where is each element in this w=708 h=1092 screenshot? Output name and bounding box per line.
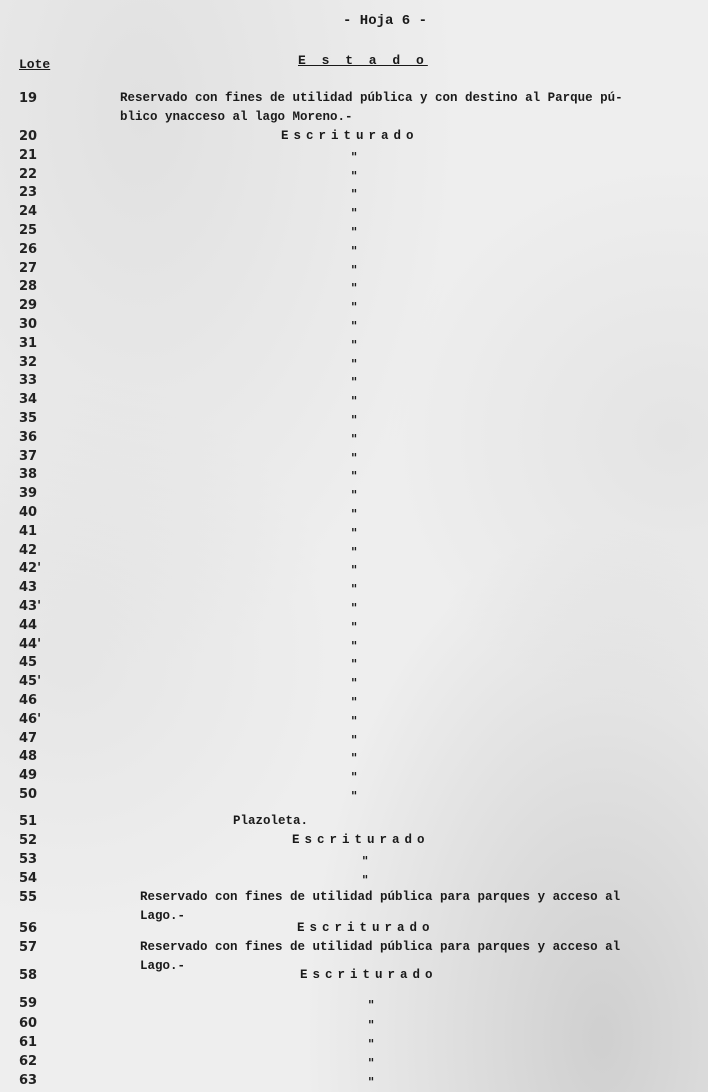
lote-number: 29	[19, 298, 37, 313]
ditto-mark: "	[351, 225, 357, 239]
ditto-mark: "	[351, 657, 357, 671]
lote-number: 37	[19, 449, 37, 464]
ditto-mark: "	[351, 526, 357, 540]
lote-number: 55	[19, 890, 37, 905]
lote-number: 40	[19, 505, 37, 520]
lote-number: 53	[19, 852, 37, 867]
ditto-mark: "	[351, 469, 357, 483]
lote-number: 33	[19, 373, 37, 388]
lote-number: 42	[19, 543, 37, 558]
lote-number: 32	[19, 355, 37, 370]
lote-number: 52	[19, 833, 37, 848]
estado-column-header: E s t a d o	[298, 53, 428, 68]
lote-number: 63	[19, 1073, 37, 1088]
lote-number: 43'	[19, 599, 41, 614]
ditto-mark: "	[351, 563, 357, 577]
lote-number: 26	[19, 242, 37, 257]
ditto-mark: "	[351, 357, 357, 371]
estado-text-continuation: Lago.-	[140, 959, 185, 973]
ditto-mark: "	[351, 244, 357, 258]
lote-number: 47	[19, 731, 37, 746]
lote-number: 36	[19, 430, 37, 445]
lote-number: 23	[19, 185, 37, 200]
lote-number: 38	[19, 467, 37, 482]
lote-number: 43	[19, 580, 37, 595]
lote-column-header: Lote	[19, 57, 50, 72]
ditto-mark: "	[351, 338, 357, 352]
ditto-mark: "	[368, 1037, 374, 1051]
lote-number: 21	[19, 148, 37, 163]
lote-number: 27	[19, 261, 37, 276]
estado-text: Escriturado	[281, 129, 419, 143]
estado-text: Reservado con fines de utilidad pública …	[120, 91, 623, 105]
lote-number: 46'	[19, 712, 41, 727]
lote-number: 45'	[19, 674, 41, 689]
ditto-mark: "	[351, 394, 357, 408]
ditto-mark: "	[351, 187, 357, 201]
estado-text: Escriturado	[297, 921, 435, 935]
ditto-mark: "	[368, 998, 374, 1012]
ditto-mark: "	[368, 1075, 374, 1089]
ditto-mark: "	[351, 281, 357, 295]
ditto-mark: "	[351, 601, 357, 615]
lote-number: 44'	[19, 637, 41, 652]
ditto-mark: "	[351, 733, 357, 747]
lote-number: 61	[19, 1035, 37, 1050]
estado-text: Plazoleta.	[233, 814, 308, 828]
ditto-mark: "	[351, 545, 357, 559]
lote-number: 56	[19, 921, 37, 936]
document-page: - Hoja 6 - Lote E s t a d o 19Reservado …	[0, 0, 708, 1092]
ditto-mark: "	[368, 1018, 374, 1032]
ditto-mark: "	[351, 639, 357, 653]
lote-number: 59	[19, 996, 37, 1011]
ditto-mark: "	[351, 676, 357, 690]
lote-number: 58	[19, 968, 37, 983]
ditto-mark: "	[351, 169, 357, 183]
lote-number: 51	[19, 814, 37, 829]
lote-number: 49	[19, 768, 37, 783]
ditto-mark: "	[351, 789, 357, 803]
estado-text-continuation: Lago.-	[140, 909, 185, 923]
ditto-mark: "	[351, 432, 357, 446]
ditto-mark: "	[351, 263, 357, 277]
ditto-mark: "	[362, 854, 368, 868]
estado-text: Reservado con fines de utilidad pública …	[140, 890, 620, 904]
lote-number: 45	[19, 655, 37, 670]
lote-number: 48	[19, 749, 37, 764]
lote-number: 62	[19, 1054, 37, 1069]
lote-number: 44	[19, 618, 37, 633]
lote-number: 50	[19, 787, 37, 802]
ditto-mark: "	[351, 413, 357, 427]
ditto-mark: "	[362, 873, 368, 887]
lote-number: 46	[19, 693, 37, 708]
lote-number: 24	[19, 204, 37, 219]
ditto-mark: "	[351, 620, 357, 634]
ditto-mark: "	[351, 582, 357, 596]
sheet-title: - Hoja 6 -	[0, 13, 708, 29]
ditto-mark: "	[351, 300, 357, 314]
lote-number: 41	[19, 524, 37, 539]
ditto-mark: "	[351, 451, 357, 465]
ditto-mark: "	[351, 770, 357, 784]
ditto-mark: "	[351, 206, 357, 220]
lote-number: 31	[19, 336, 37, 351]
ditto-mark: "	[351, 319, 357, 333]
ditto-mark: "	[351, 488, 357, 502]
lote-number: 54	[19, 871, 37, 886]
lote-number: 60	[19, 1016, 37, 1031]
lote-number: 25	[19, 223, 37, 238]
estado-text: Escriturado	[292, 833, 430, 847]
ditto-mark: "	[368, 1056, 374, 1070]
ditto-mark: "	[351, 375, 357, 389]
lote-number: 35	[19, 411, 37, 426]
ditto-mark: "	[351, 751, 357, 765]
lote-number: 34	[19, 392, 37, 407]
lote-number: 42'	[19, 561, 41, 576]
estado-text-continuation: blico ynacceso al lago Moreno.-	[120, 110, 353, 124]
ditto-mark: "	[351, 695, 357, 709]
ditto-mark: "	[351, 150, 357, 164]
ditto-mark: "	[351, 507, 357, 521]
estado-text: Escriturado	[300, 968, 438, 982]
estado-text: Reservado con fines de utilidad pública …	[140, 940, 620, 954]
lote-number: 19	[19, 91, 37, 106]
ditto-mark: "	[351, 714, 357, 728]
lote-number: 57	[19, 940, 37, 955]
lote-number: 22	[19, 167, 37, 182]
lote-number: 20	[19, 129, 37, 144]
lote-number: 30	[19, 317, 37, 332]
lote-number: 28	[19, 279, 37, 294]
lote-number: 39	[19, 486, 37, 501]
